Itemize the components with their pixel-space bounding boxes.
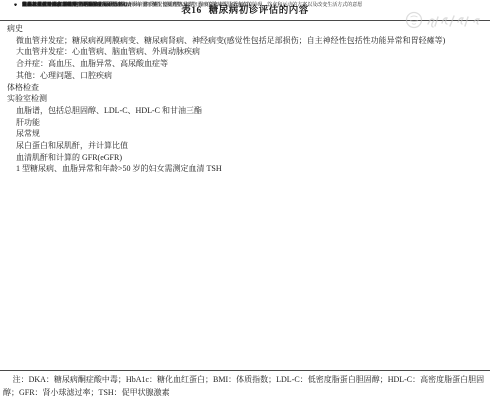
- line-text: 体格检查: [7, 83, 39, 92]
- sub-item: 大血管并发症：心血管病、脑血管病、外周动脉疾病: [4, 46, 486, 58]
- line-text: 合并症：高血压、血脂异常、高尿酸血症等: [16, 59, 168, 68]
- table-note: 注：DKA：糖尿病酮症酸中毒；HbA1c：糖化血红蛋白；BMI：体质指数；LDL…: [0, 371, 490, 399]
- bullet-item: ●在 1 年之内没有如下结果，需要测定: [7, 0, 102, 12]
- line-text: 血清肌酐和计算的 GFR(eGFR): [16, 153, 122, 162]
- line-text: 肝功能: [16, 118, 40, 127]
- document-page: 表16糖尿病初诊评估的内容 病史●年龄、起病特点(如有无糖尿病症状、酮症、DKA…: [0, 0, 490, 409]
- line-text: 病史: [7, 24, 23, 33]
- line-text: 1 型糖尿病、血脂异常和年龄>50 岁的妇女需测定血清 TSH: [16, 164, 222, 173]
- sub-item: 尿白蛋白和尿肌酐，并计算比值: [4, 140, 486, 152]
- line-text: 尿常规: [16, 129, 40, 138]
- line-text: 大血管并发症：心血管病、脑血管病、外周动脉疾病: [16, 47, 200, 56]
- sub-item: 微血管并发症；糖尿病视网膜病变、糖尿病肾病、神经病变(感觉性包括足部损伤；自主神…: [4, 35, 486, 47]
- line-text: 尿白蛋白和尿肌酐，并计算比值: [16, 141, 128, 150]
- line-text: 微血管并发症；糖尿病视网膜病变、糖尿病肾病、神经病变(感觉性包括足部损伤；自主神…: [16, 36, 445, 45]
- section-heading: 实验室检测: [4, 93, 486, 105]
- sub-item: 1 型糖尿病、血脂异常和年龄>50 岁的妇女需测定血清 TSH: [4, 163, 486, 175]
- line-text: 其他：心理问题、口腔疾病: [16, 71, 112, 80]
- sub-item: 其他：心理问题、口腔疾病: [4, 70, 486, 82]
- sub-item: 尿常规: [4, 128, 486, 140]
- sub-item: 血脂谱，包括总胆固醇、LDL-C、HDL-C 和甘油三酯: [4, 105, 486, 117]
- table-body: 病史●年龄、起病特点(如有无糖尿病症状、酮症、DKA)●饮食、运动习惯、营养状况…: [0, 21, 490, 371]
- sub-item: 肝功能: [4, 117, 486, 129]
- sub-item: 合并症：高血压、血脂异常、高尿酸血症等: [4, 58, 486, 70]
- sub-item: 血清肌酐和计算的 GFR(eGFR): [4, 152, 486, 164]
- section-heading: 体格检查: [4, 82, 486, 94]
- section-heading: 病史: [4, 23, 486, 35]
- line-text: 在 1 年之内没有如下结果，需要测定: [22, 3, 102, 8]
- line-text: 血脂谱，包括总胆固醇、LDL-C、HDL-C 和甘油三酯: [16, 106, 202, 115]
- bullet-icon: ●: [14, 0, 17, 12]
- line-text: 实验室检测: [7, 94, 47, 103]
